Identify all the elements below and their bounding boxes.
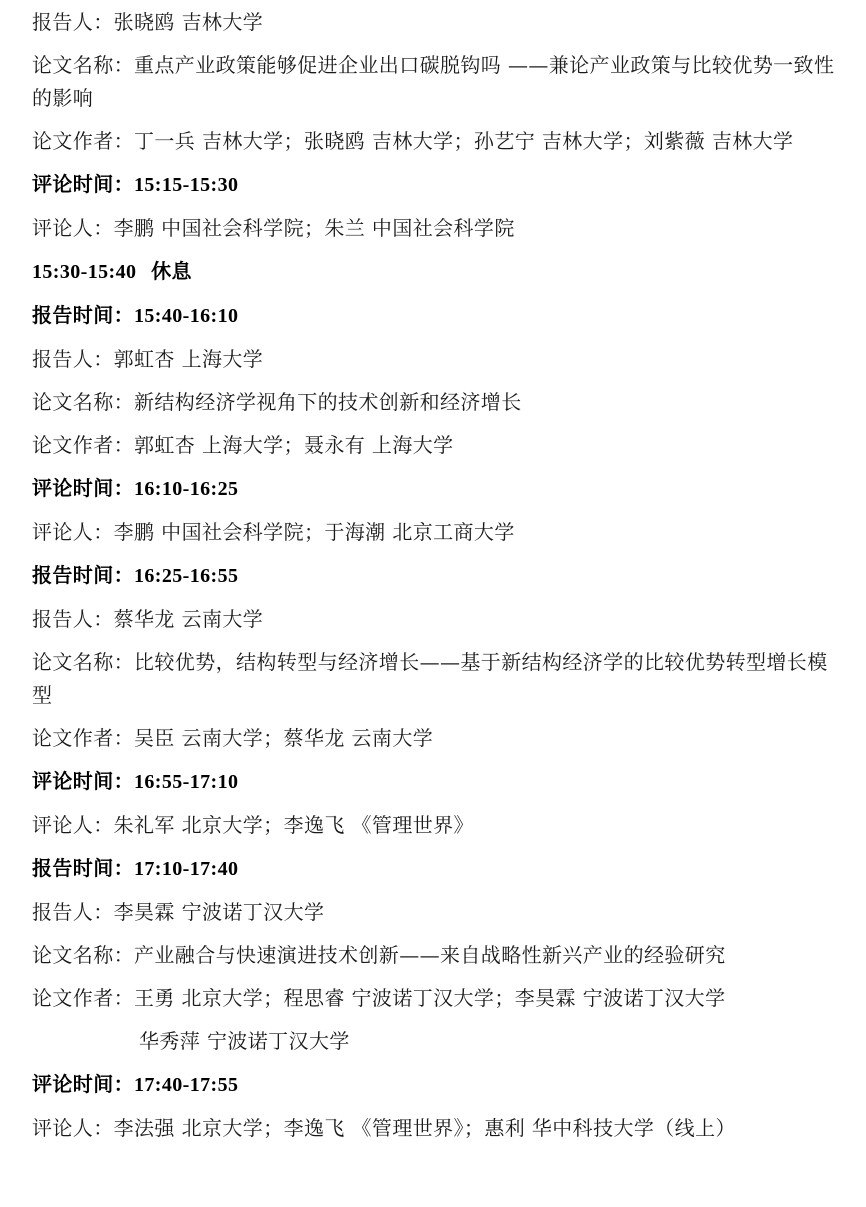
commentators-value: 李法强 北京大学；李逸飞 《管理世界》；惠利 华中科技大学（线上） [114,1116,736,1140]
paper-title-value: 比较优势，结构转型与经济增长——基于新结构经济学的比较优势转型增长模型 [32,650,828,707]
commentators-value: 李鹏 中国社会科学院；朱兰 中国社会科学院 [114,216,515,240]
comment-time-line: 评论时间：17:40-17:55 [32,1068,836,1102]
report-time-value: 15:40-16:10 [134,305,238,327]
break-label: 休息 [151,259,192,283]
report-time-label: 报告时间： [32,856,134,880]
paper-title-value: 新结构经济学视角下的技术创新和经济增长 [134,390,522,414]
comment-time-line: 评论时间：16:10-16:25 [32,472,836,506]
paper-title-value: 重点产业政策能够促进企业出口碳脱钩吗 ——兼论产业政策与比较优势一致性的影响 [32,53,834,110]
report-time-line: 报告时间：16:25-16:55 [32,559,836,593]
commentators-line: 评论人：李鹏 中国社会科学院；于海潮 北京工商大学 [32,516,836,549]
paper-title-label: 论文名称： [32,390,134,414]
paper-authors-line: 论文作者：郭虹杏 上海大学；聂永有 上海大学 [32,429,836,462]
paper-authors-label: 论文作者： [32,726,134,750]
paper-authors-value: 王勇 北京大学；程思睿 宁波诺丁汉大学；李昊霖 宁波诺丁汉大学 [134,986,725,1010]
break-time: 15:30-15:40 [32,261,136,283]
paper-authors-continuation-line: 华秀萍 宁波诺丁汉大学 [32,1025,836,1058]
commentators-label: 评论人： [32,1116,114,1140]
presenter-label: 报告人： [32,900,114,924]
presenter-line: 报告人：蔡华龙 云南大学 [32,603,836,636]
comment-time-value: 15:15-15:30 [134,174,238,196]
comment-time-label: 评论时间： [32,476,134,500]
commentators-line: 评论人：朱礼军 北京大学；李逸飞 《管理世界》 [32,809,836,842]
paper-title-line: 论文名称：产业融合与快速演进技术创新——来自战略性新兴产业的经验研究 [32,939,836,972]
schedule-document: 报告人：张晓鸥 吉林大学 论文名称：重点产业政策能够促进企业出口碳脱钩吗 ——兼… [32,6,836,1155]
commentators-value: 李鹏 中国社会科学院；于海潮 北京工商大学 [114,520,515,544]
report-time-label: 报告时间： [32,303,134,327]
report-time-line: 报告时间：17:10-17:40 [32,852,836,886]
presenter-label: 报告人： [32,347,114,371]
comment-time-label: 评论时间： [32,769,134,793]
paper-authors-continuation-value: 华秀萍 宁波诺丁汉大学 [139,1029,350,1053]
paper-authors-label: 论文作者： [32,433,134,457]
presenter-line: 报告人：李昊霖 宁波诺丁汉大学 [32,896,836,929]
presenter-value: 蔡华龙 云南大学 [114,607,264,631]
presenter-label: 报告人： [32,607,114,631]
paper-authors-label: 论文作者： [32,129,134,153]
commentators-label: 评论人： [32,216,114,240]
paper-authors-value: 郭虹杏 上海大学；聂永有 上海大学 [134,433,454,457]
paper-title-line: 论文名称：新结构经济学视角下的技术创新和经济增长 [32,386,836,419]
commentators-label: 评论人： [32,520,114,544]
comment-time-label: 评论时间： [32,172,134,196]
paper-title-label: 论文名称： [32,650,134,674]
paper-authors-value: 丁一兵 吉林大学；张晓鸥 吉林大学；孙艺宁 吉林大学；刘紫薇 吉林大学 [134,129,793,153]
comment-time-line: 评论时间：15:15-15:30 [32,168,836,202]
commentators-value: 朱礼军 北京大学；李逸飞 《管理世界》 [114,813,474,837]
comment-time-value: 16:55-17:10 [134,771,238,793]
comment-time-value: 17:40-17:55 [134,1074,238,1096]
comment-time-value: 16:10-16:25 [134,478,238,500]
presenter-value: 李昊霖 宁波诺丁汉大学 [114,900,325,924]
paper-title-value: 产业融合与快速演进技术创新——来自战略性新兴产业的经验研究 [134,943,726,967]
paper-authors-label: 论文作者： [32,986,134,1010]
paper-title-line: 论文名称：重点产业政策能够促进企业出口碳脱钩吗 ——兼论产业政策与比较优势一致性… [32,49,836,115]
presenter-value: 张晓鸥 吉林大学 [114,10,264,34]
paper-title-label: 论文名称： [32,53,134,77]
paper-authors-line: 论文作者：丁一兵 吉林大学；张晓鸥 吉林大学；孙艺宁 吉林大学；刘紫薇 吉林大学 [32,125,836,158]
commentators-label: 评论人： [32,813,114,837]
paper-authors-line: 论文作者：王勇 北京大学；程思睿 宁波诺丁汉大学；李昊霖 宁波诺丁汉大学 [32,982,836,1015]
break-line: 15:30-15:40 休息 [32,255,836,289]
paper-title-label: 论文名称： [32,943,134,967]
report-time-line: 报告时间：15:40-16:10 [32,299,836,333]
comment-time-label: 评论时间： [32,1072,134,1096]
presenter-line: 报告人：郭虹杏 上海大学 [32,343,836,376]
presenter-label: 报告人： [32,10,114,34]
report-time-label: 报告时间： [32,563,134,587]
commentators-line: 评论人：李法强 北京大学；李逸飞 《管理世界》；惠利 华中科技大学（线上） [32,1112,836,1145]
presenter-value: 郭虹杏 上海大学 [114,347,264,371]
commentators-line: 评论人：李鹏 中国社会科学院；朱兰 中国社会科学院 [32,212,836,245]
paper-authors-value: 吴臣 云南大学；蔡华龙 云南大学 [134,726,433,750]
report-time-value: 17:10-17:40 [134,858,238,880]
paper-authors-line: 论文作者：吴臣 云南大学；蔡华龙 云南大学 [32,722,836,755]
paper-title-line: 论文名称：比较优势，结构转型与经济增长——基于新结构经济学的比较优势转型增长模型 [32,646,836,712]
report-time-value: 16:25-16:55 [134,565,238,587]
presenter-line: 报告人：张晓鸥 吉林大学 [32,6,836,39]
comment-time-line: 评论时间：16:55-17:10 [32,765,836,799]
